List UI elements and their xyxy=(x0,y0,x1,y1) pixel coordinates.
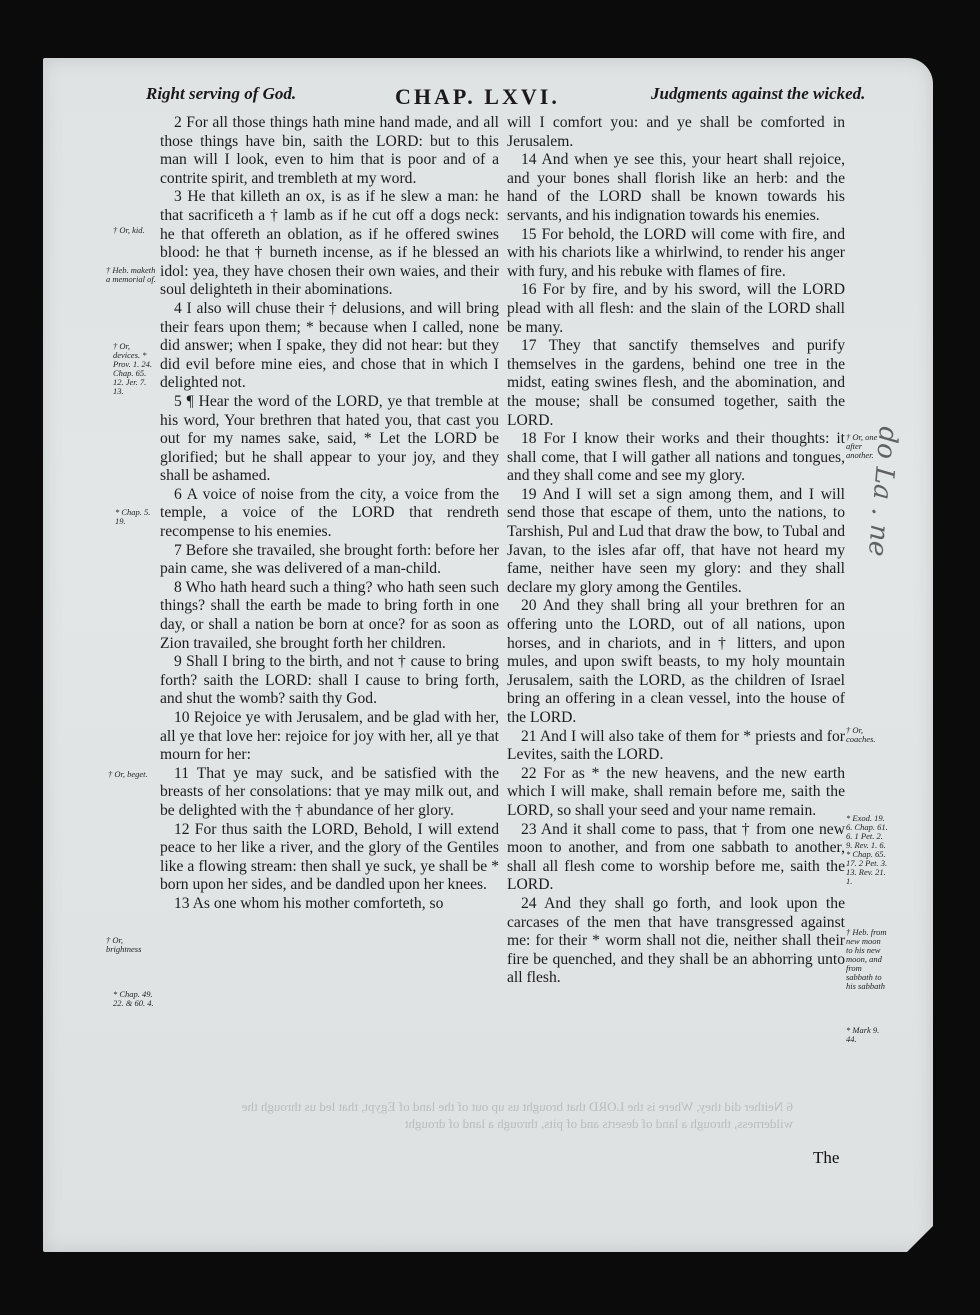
margin-note: † Or, devices. * Prov. 1. 24. Chap. 65. … xyxy=(113,342,158,396)
verse: 23 And it shall come to pass, that † fro… xyxy=(507,821,845,895)
verse: 10 Rejoice ye with Jerusalem, and be gla… xyxy=(160,709,499,765)
verse: 21 And I will also take of them for * pr… xyxy=(507,728,845,765)
margin-note: * Chap. 5. 19. xyxy=(115,508,157,526)
verse: 8 Who hath heard such a thing? who hath … xyxy=(160,579,499,653)
verse: 5 ¶ Hear the word of the LORD, ye that t… xyxy=(160,393,499,486)
verse: 12 For thus saith the LORD, Behold, I wi… xyxy=(160,821,499,895)
verse: 3 He that killeth an ox, is as if he sle… xyxy=(160,188,499,300)
margin-note: * Chap. 49. 22. & 60. 4. xyxy=(113,990,157,1008)
running-head-right: Judgments against the wicked. xyxy=(651,84,865,104)
margin-note: * Mark 9. 44. xyxy=(846,1026,888,1044)
verse: 17 They that sanctify themselves and pur… xyxy=(507,337,845,430)
verse: 7 Before she travailed, she brought fort… xyxy=(160,542,499,579)
left-column: 2 For all those things hath mine hand ma… xyxy=(160,114,499,914)
verse: 15 For behold, the LORD will come with f… xyxy=(507,226,845,282)
verse: 11 That ye may suck, and be satisfied wi… xyxy=(160,765,499,821)
verse-continuation: will I comfort you: and ye shall be comf… xyxy=(507,114,845,151)
margin-note: † Or, brightness xyxy=(106,936,156,954)
margin-note: † Heb. maketh a memorial of. xyxy=(106,266,156,284)
margin-note: † Or, coaches. xyxy=(846,726,888,744)
chapter-heading: CHAP. LXVI. xyxy=(395,84,560,110)
book-page: Right serving of God. CHAP. LXVI. Judgme… xyxy=(43,58,933,1252)
verse: 14 And when ye see this, your heart shal… xyxy=(507,151,845,225)
verse: 20 And they shall bring all your brethre… xyxy=(507,597,845,727)
verse: 19 And I will set a sign among them, and… xyxy=(507,486,845,598)
verse: 16 For by fire, and by his sword, will t… xyxy=(507,281,845,337)
margin-note: † Or, beget. xyxy=(108,770,158,779)
catchword: The xyxy=(813,1148,839,1168)
bleed-through-text: 6 Neither did they, Where is the LORD th… xyxy=(193,1098,793,1132)
right-column: will I comfort you: and ye shall be comf… xyxy=(507,114,845,988)
verse: 4 I also will chuse their † delusions, a… xyxy=(160,300,499,393)
verse: 13 As one whom his mother comforteth, so xyxy=(160,895,499,914)
verse: 6 A voice of noise from the city, a voic… xyxy=(160,486,499,542)
verse: 24 And they shall go forth, and look upo… xyxy=(507,895,845,988)
verse: 22 For as * the new heavens, and the new… xyxy=(507,765,845,821)
margin-note: * Exod. 19. 6. Chap. 61. 6. 1 Pet. 2. 9.… xyxy=(846,814,888,886)
margin-note: † Heb. from new moon to his new moon, an… xyxy=(846,928,888,991)
verse: 18 For I know their works and their thou… xyxy=(507,430,845,486)
verse: 2 For all those things hath mine hand ma… xyxy=(160,114,499,188)
margin-note: † Or, kid. xyxy=(113,226,158,235)
verse: 9 Shall I bring to the birth, and not † … xyxy=(160,653,499,709)
running-head-left: Right serving of God. xyxy=(146,84,296,104)
